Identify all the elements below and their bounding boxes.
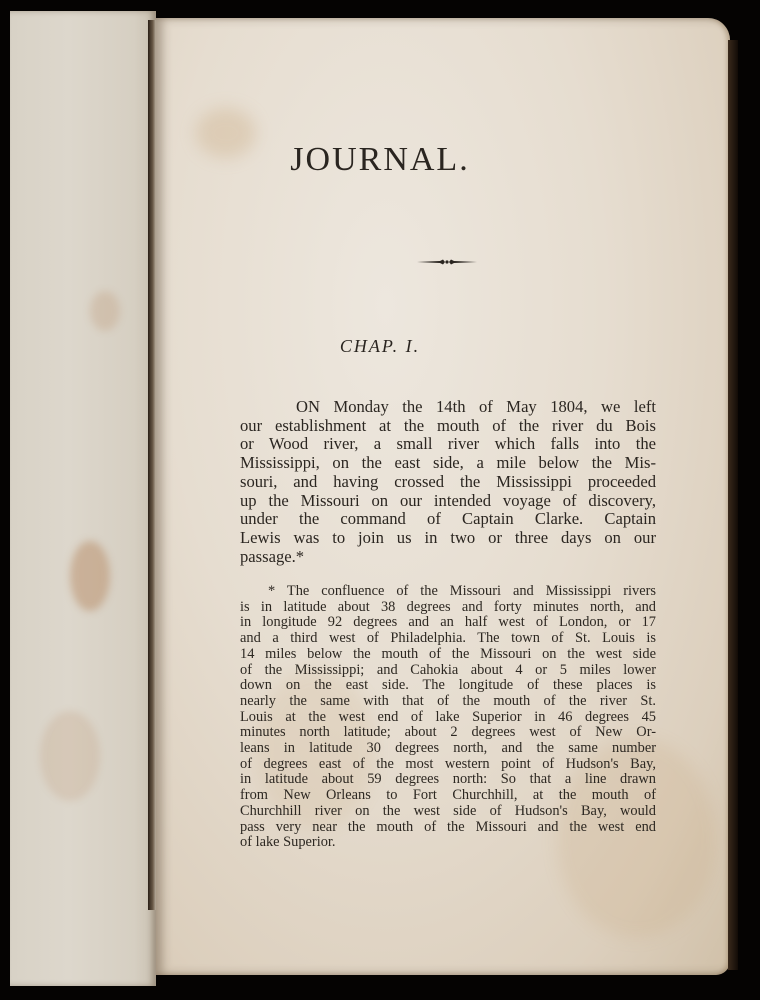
body-line: or Wood river, a small river which falls… bbox=[240, 435, 656, 454]
footnote-line: of the Mississippi; and Cahokia about 4 … bbox=[240, 663, 656, 679]
body-line: passage.* bbox=[240, 548, 656, 567]
footnote-line: Louis at the west end of lake Superior i… bbox=[240, 710, 656, 726]
footnote-line: Churchhill river on the west side of Hud… bbox=[240, 804, 656, 820]
footnote-line: of lake Superior. bbox=[240, 835, 656, 851]
body-line: souri, and having crossed the Mississipp… bbox=[240, 473, 656, 492]
footnote-line: 14 miles below the mouth of the Missouri… bbox=[240, 647, 656, 663]
page-edge bbox=[728, 40, 738, 970]
body-paragraph: ON Monday the 14th of May 1804, we left … bbox=[240, 398, 656, 566]
rule-ornament-icon bbox=[416, 258, 478, 266]
footnote-line: is in latitude about 38 degrees and fort… bbox=[240, 600, 656, 616]
chapter-heading: CHAP. I. bbox=[0, 336, 760, 357]
footnote-line: in longitude 92 degrees and an half west… bbox=[240, 615, 656, 631]
footnote-line: * The confluence of the Missouri and Mis… bbox=[240, 584, 656, 600]
body-line: up the Missouri on our intended voyage o… bbox=[240, 492, 656, 511]
body-line: Lewis was to join us in two or three day… bbox=[240, 529, 656, 548]
page-title: JOURNAL. bbox=[0, 141, 760, 179]
footnote-line: from New Orleans to Fort Churchhill, at … bbox=[240, 788, 656, 804]
footnote-line: and a third west of Philadelphia. The to… bbox=[240, 631, 656, 647]
footnote-line: minutes north latitude; about 2 degrees … bbox=[240, 725, 656, 741]
body-line: ON Monday the 14th of May 1804, we left bbox=[240, 398, 656, 417]
footnote-line: pass very near the mouth of the Missouri… bbox=[240, 820, 656, 836]
footnote-line: of degrees east of the most western poin… bbox=[240, 757, 656, 773]
footnote-line: leans in latitude 30 degrees north, and … bbox=[240, 741, 656, 757]
body-line: under the command of Captain Clarke. Cap… bbox=[240, 510, 656, 529]
body-line: our establishment at the mouth of the ri… bbox=[240, 417, 656, 436]
paper-stain bbox=[70, 541, 110, 611]
paper-stain bbox=[90, 291, 120, 331]
body-line: Mississippi, on the east side, a mile be… bbox=[240, 454, 656, 473]
footnote: * The confluence of the Missouri and Mis… bbox=[240, 584, 656, 851]
paper-stain bbox=[40, 711, 100, 801]
footnote-line: nearly the same with that of the mouth o… bbox=[240, 694, 656, 710]
footnote-line: down on the east side. The longitude of … bbox=[240, 678, 656, 694]
footnote-line: in latitude about 59 degrees north: So t… bbox=[240, 772, 656, 788]
